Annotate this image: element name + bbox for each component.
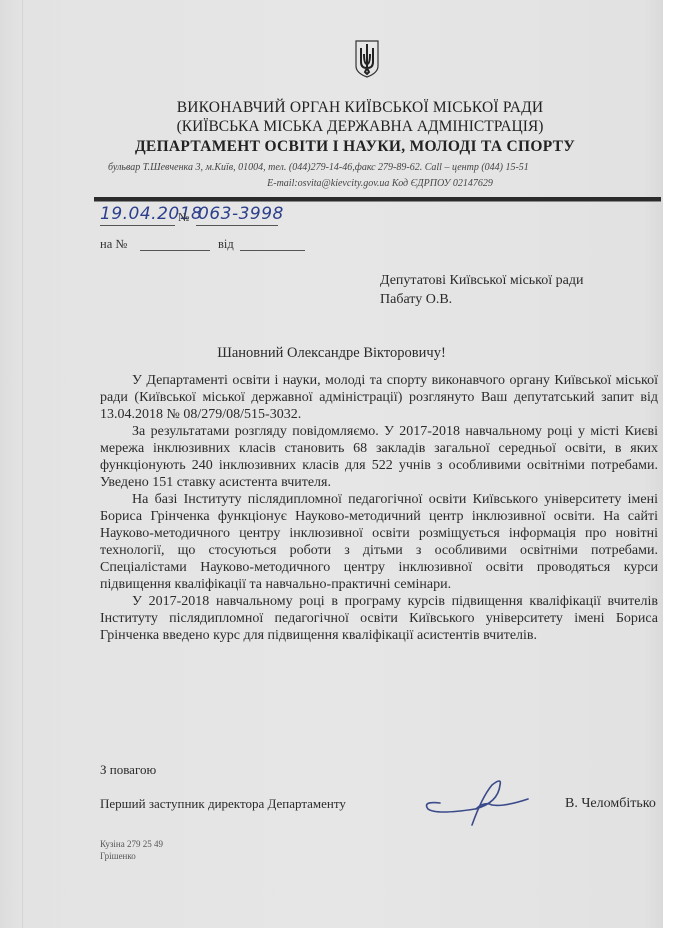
addressee-position: Депутатові Київської міської ради — [380, 273, 584, 289]
letter-body: У Департаменті освіти і науки, молоді та… — [100, 372, 658, 644]
signer-name: В. Челомбітько — [565, 796, 656, 812]
letterhead-contacts: E-mail:osvita@kievcity.gov.ua Код ЄДРПОУ… — [100, 178, 660, 189]
date-underline — [100, 225, 175, 226]
handwritten-signature-icon — [420, 775, 540, 845]
closing-phrase: З повагою — [100, 762, 156, 778]
reference-number-blank — [140, 250, 210, 251]
letterhead-org-line2: (КИЇВСЬКА МІСЬКА ДЕРЖАВНА АДМІНІСТРАЦІЯ) — [100, 118, 620, 136]
reference-number-label: на № — [100, 237, 127, 252]
addressee-name: Пабату О.В. — [380, 292, 452, 308]
letterhead-divider — [94, 197, 661, 201]
body-paragraph: За результатами розгляду повідомляємо. У… — [100, 423, 658, 491]
number-underline — [196, 225, 278, 226]
trident-coat-of-arms-icon — [355, 40, 379, 78]
registration-number-sign: № — [178, 210, 189, 225]
salutation: Шановний Олександре Вікторовичу! — [0, 345, 663, 362]
letterhead-department: ДЕПАРТАМЕНТ ОСВІТИ І НАУКИ, МОЛОДІ ТА СП… — [95, 138, 615, 156]
reference-date-label: від — [218, 237, 234, 252]
executor-name: Грішенко — [100, 851, 136, 861]
registration-number: 063-3998 — [198, 204, 284, 224]
body-paragraph: На базі Інституту післядипломної педагог… — [100, 491, 658, 593]
reference-date-blank — [240, 250, 305, 251]
body-paragraph: У 2017-2018 навчальному році в програму … — [100, 593, 658, 644]
executor-contact: Кузіна 279 25 49 — [100, 839, 163, 849]
letterhead-address: бульвар Т.Шевченка 3, м.Київ, 01004, тел… — [108, 162, 668, 173]
letterhead-org-line1: ВИКОНАВЧИЙ ОРГАН КИЇВСЬКОЇ МІСЬКОЇ РАДИ — [100, 99, 620, 117]
signer-title: Перший заступник директора Департаменту — [100, 796, 346, 812]
letter-page: ВИКОНАВЧИЙ ОРГАН КИЇВСЬКОЇ МІСЬКОЇ РАДИ … — [0, 0, 663, 928]
body-paragraph: У Департаменті освіти і науки, молоді та… — [100, 372, 658, 423]
